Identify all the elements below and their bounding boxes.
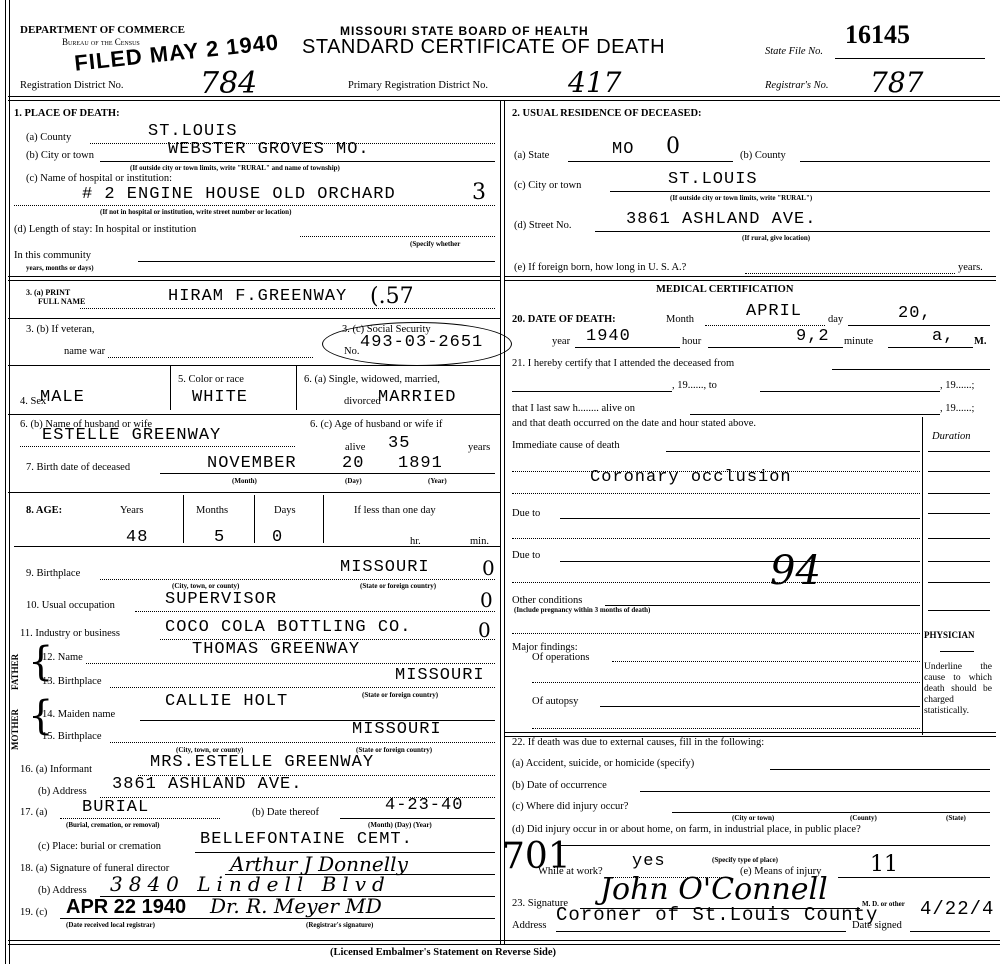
rule — [910, 931, 990, 932]
year-label: year — [552, 336, 570, 347]
rule — [60, 818, 220, 819]
foreign-born-suffix: years. — [958, 262, 983, 273]
registrar-signature-note: (Registrar's signature) — [306, 921, 373, 929]
rule — [512, 538, 920, 539]
residence-street-label: (d) Street No. — [514, 220, 571, 231]
state-file-number: 16145 — [845, 20, 910, 50]
month-note: (Month) — [232, 477, 257, 485]
received-note: (Date received local registrar) — [66, 921, 155, 929]
rule — [512, 391, 672, 392]
due-to-label-2: Due to — [512, 550, 540, 561]
external-c-label: (c) Where did injury occur? — [512, 801, 628, 812]
address-value: 3861 ASHLAND AVE. — [112, 775, 302, 794]
section-rule — [8, 276, 500, 281]
rule — [928, 582, 990, 583]
residence-street-note: (If rural, give location) — [742, 234, 810, 242]
rule — [928, 451, 990, 452]
father-name-value: THOMAS GREENWAY — [192, 640, 360, 659]
rule — [108, 357, 313, 358]
months-label: Months — [196, 505, 228, 516]
nineteen-label: , 19......; — [940, 380, 974, 391]
rule — [138, 261, 495, 262]
disposition-note: (Burial, cremation, or removal) — [66, 821, 160, 829]
state-file-label: State File No. — [765, 46, 823, 57]
rule — [612, 661, 920, 662]
divider — [170, 365, 171, 410]
spouse-age-value: 35 — [388, 434, 410, 453]
mother-side-label: MOTHER — [10, 709, 20, 750]
rule — [705, 325, 825, 326]
age-days-value: 0 — [272, 528, 283, 547]
rule — [940, 651, 974, 652]
rule — [60, 918, 495, 919]
rule — [928, 493, 990, 494]
rule — [770, 769, 990, 770]
age-years-value: 48 — [126, 528, 148, 547]
registration-district-number: 784 — [200, 66, 257, 101]
due-to-label-1: Due to — [512, 508, 540, 519]
name-label-1: 3. (a) PRINT — [26, 288, 70, 297]
director-address-value: 3840 Lindell Blvd — [110, 872, 391, 896]
rule — [140, 720, 495, 721]
residence-state-mark: 0 — [666, 134, 680, 159]
residence-state-label: (a) State — [514, 150, 549, 161]
spouse-age-suffix: years — [468, 442, 490, 453]
duration-label: Duration — [932, 431, 971, 442]
birthplace-label: 9. Birthplace — [26, 568, 80, 579]
year-note: (Year) — [428, 477, 447, 485]
external-heading: 22. If death was due to external causes,… — [512, 737, 764, 748]
external-a-label: (a) Accident, suicide, or homicide (spec… — [512, 758, 694, 769]
director-address-label: (b) Address — [38, 885, 87, 896]
hospital-label: (c) Name of hospital or institution: — [26, 173, 172, 184]
rule — [512, 582, 920, 583]
rule — [512, 493, 920, 494]
rule — [690, 414, 940, 415]
last-saw-label: that I last saw h........ alive on — [512, 403, 635, 414]
hospital-note: (If not in hospital or institution, writ… — [100, 208, 291, 216]
industry-label: 11. Industry or business — [20, 628, 120, 639]
coroner-address-value: Coroner of St.Louis County — [556, 904, 878, 926]
residence-city-value: ST.LOUIS — [668, 170, 758, 189]
foreign-born-label: (e) If foreign born, how long in U. S. A… — [514, 262, 686, 273]
burial-place-value: BELLEFONTAINE CEMT. — [200, 830, 413, 849]
city-value: WEBSTER GROVES MO. — [168, 140, 370, 159]
city-label: (b) City or town — [26, 150, 94, 161]
residence-state-value: MO — [612, 140, 634, 159]
birth-year-value: 1891 — [398, 454, 443, 473]
father-side-label: FATHER — [10, 654, 20, 690]
divider — [254, 495, 255, 543]
state-country-note: (State or foreign country) — [362, 691, 438, 699]
city-note: (If outside city or town limits, write "… — [130, 164, 340, 172]
rule — [672, 812, 990, 813]
month-label: Month — [666, 314, 694, 325]
disposition-label: 17. (a) — [20, 807, 47, 818]
birth-month-value: NOVEMBER — [207, 454, 297, 473]
hospital-mark: 3 — [472, 180, 486, 205]
residence-city-label: (c) City or town — [514, 180, 581, 191]
rule — [760, 391, 940, 392]
place-of-death-heading: 1. PLACE OF DEATH: — [14, 108, 120, 119]
address-label: (b) Address — [38, 786, 87, 797]
rule — [14, 546, 500, 547]
received-label: 19. (c) — [20, 907, 47, 918]
rule — [8, 318, 500, 319]
sex-value: MALE — [40, 388, 85, 407]
rule — [745, 273, 955, 274]
means-mark: 11 — [870, 852, 898, 877]
war-label: name war — [64, 346, 105, 357]
rule — [14, 205, 495, 206]
date-of-death-label: 20. DATE OF DEATH: — [512, 314, 616, 325]
nineteen-label-2: , 19......; — [940, 403, 974, 414]
other-conditions-note: (Include pregnancy within 3 months of de… — [514, 606, 650, 614]
age-label: 8. AGE: — [26, 505, 62, 516]
left-border — [5, 0, 10, 964]
veteran-label: 3. (b) If veteran, — [26, 324, 95, 335]
c-state-note: (State) — [946, 814, 966, 822]
address-label-right: Address — [512, 920, 546, 931]
section-rule — [504, 276, 996, 281]
age-months-value: 5 — [214, 528, 225, 547]
father-birthplace-value: MISSOURI — [395, 666, 485, 685]
date-thereof-label: (b) Date thereof — [252, 807, 319, 818]
rule — [928, 471, 990, 472]
minute-label: minute — [844, 336, 873, 347]
c-city-note: (City or town) — [732, 814, 774, 822]
residence-county-label: (b) County — [740, 150, 786, 161]
rule — [8, 414, 500, 415]
rule — [605, 605, 920, 606]
occupation-value: SUPERVISOR — [165, 590, 277, 609]
days-label: Days — [274, 505, 296, 516]
rule — [100, 579, 495, 580]
registration-district-label: Registration District No. — [20, 80, 124, 91]
registrar-number: 787 — [870, 66, 923, 99]
father-name-label: 12. Name — [42, 652, 83, 663]
certify-label: 21. I hereby certify that I attended the… — [512, 358, 734, 369]
external-d-label: (d) Did injury occur in or about home, o… — [512, 824, 861, 835]
spouse-value: ESTELLE GREENWAY — [42, 426, 221, 445]
death-minute-value: a, — [932, 327, 954, 346]
rule — [708, 347, 843, 348]
residence-street-value: 3861 ASHLAND AVE. — [626, 210, 816, 229]
date-signed-value: 4/22/4 — [920, 898, 994, 920]
rule — [80, 308, 495, 309]
burial-place-label: (c) Place: burial or cremation — [38, 841, 161, 852]
primary-district-label: Primary Registration District No. — [348, 80, 488, 91]
color-value: WHITE — [192, 388, 248, 407]
ss-circle-mark — [322, 322, 512, 366]
county-label: (a) County — [26, 132, 71, 143]
rule — [848, 325, 990, 326]
rule — [110, 687, 495, 688]
name-mark: (.57 — [370, 284, 414, 309]
rule — [888, 347, 973, 348]
father-birthplace-label: 13. Birthplace — [42, 676, 101, 687]
while-at-work-value: yes — [632, 852, 666, 871]
spouse-age-alive: alive — [345, 442, 365, 453]
city-town-note: (City, town, or county) — [172, 582, 239, 590]
rule — [928, 561, 990, 562]
rule — [556, 931, 846, 932]
state-file-line — [835, 58, 985, 59]
divider — [296, 365, 297, 410]
occurred-label: and that death occurred on the date and … — [512, 418, 756, 429]
check-mark: 0 — [480, 588, 493, 612]
rule — [575, 347, 680, 348]
color-label: 5. Color or race — [178, 374, 244, 385]
marital-label-1: 6. (a) Single, widowed, married, — [304, 374, 440, 385]
rule — [300, 236, 495, 237]
department-label: DEPARTMENT OF COMMERCE — [20, 24, 185, 36]
medical-heading: MEDICAL CERTIFICATION — [656, 284, 793, 295]
state-country-note: (State or foreign country) — [360, 582, 436, 590]
operations-label: Of operations — [532, 652, 589, 663]
occupation-label: 10. Usual occupation — [26, 600, 115, 611]
hospital-value: # 2 ENGINE HOUSE OLD ORCHARD — [82, 185, 396, 204]
date-thereof-value: 4-23-40 — [385, 796, 463, 815]
death-year-value: 1940 — [586, 327, 631, 346]
while-at-work-label: While at work? — [538, 866, 603, 877]
rule — [610, 191, 990, 192]
mother-birthplace-value: MISSOURI — [352, 720, 442, 739]
rule — [568, 161, 733, 162]
mother-name-value: CALLIE HOLT — [165, 692, 288, 711]
community-note: years, months or days) — [26, 264, 94, 272]
duration-column-divider — [922, 417, 923, 735]
divider — [323, 495, 324, 543]
specify-type-note: (Specify type of place) — [712, 856, 778, 864]
disposition-value: BURIAL — [82, 798, 149, 817]
rule — [640, 791, 990, 792]
marital-value: MARRIED — [378, 388, 456, 407]
mdy-note: (Month) (Day) (Year) — [368, 821, 432, 829]
rule — [532, 682, 920, 683]
external-b-label: (b) Date of occurrence — [512, 780, 607, 791]
rule — [928, 538, 990, 539]
rule — [86, 663, 495, 664]
rule — [20, 446, 295, 447]
industry-value: COCO COLA BOTTLING CO. — [165, 618, 411, 637]
birthplace-value: MISSOURI — [340, 558, 430, 577]
primary-district-number: 417 — [568, 66, 621, 99]
rule — [8, 365, 500, 366]
residence-heading: 2. USUAL RESIDENCE OF DECEASED: — [512, 108, 702, 119]
coroner-signature: John O'Connell — [600, 872, 828, 907]
rule — [800, 161, 990, 162]
rule — [928, 513, 990, 514]
rule — [560, 561, 920, 562]
date-signed-label: Date signed — [852, 920, 902, 931]
immediate-cause-value: Coronary occlusion — [590, 468, 792, 487]
center-divider — [500, 100, 505, 945]
m-label: M. — [974, 336, 987, 347]
rule — [135, 611, 495, 612]
registrar-signature: Dr. R. Meyer MD — [210, 894, 382, 918]
rule — [838, 877, 990, 878]
footer-note: (Licensed Embalmer's Statement on Revers… — [330, 947, 556, 958]
immediate-cause-label: Immediate cause of death — [512, 440, 620, 451]
physician-note: Underline the cause to which death shoul… — [924, 662, 992, 717]
spouse-age-label: 6. (c) Age of husband or wife if — [310, 419, 442, 430]
rule — [110, 742, 495, 743]
stay-label: (d) Length of stay: In hospital or insti… — [14, 224, 196, 235]
informant-label: 16. (a) Informant — [20, 764, 92, 775]
hour-label: hour — [682, 336, 701, 347]
examiner-initials: 94 — [770, 548, 821, 594]
certificate-title: STANDARD CERTIFICATE OF DEATH — [302, 36, 665, 59]
mother-name-label: 14. Maiden name — [42, 709, 115, 720]
rule — [100, 161, 495, 162]
rule — [666, 451, 920, 452]
name-label-2: FULL NAME — [38, 297, 85, 306]
other-conditions-label: Other conditions — [512, 595, 582, 606]
rule — [340, 818, 495, 819]
years-label: Years — [120, 505, 143, 516]
informant-value: MRS.ESTELLE GREENWAY — [150, 753, 374, 772]
rule — [928, 610, 990, 611]
autopsy-label: Of autopsy — [532, 696, 578, 707]
rule — [600, 706, 920, 707]
day-note: (Day) — [345, 477, 362, 485]
nineteen-to-label: , 19......, to — [672, 380, 717, 391]
full-name-value: HIRAM F.GREENWAY — [168, 287, 347, 306]
received-date-stamp: APR 22 1940 — [66, 896, 186, 919]
rule — [512, 633, 920, 634]
rule — [8, 492, 500, 493]
residence-city-note: (If outside city or town limits, write "… — [670, 194, 812, 202]
registrar-label: Registrar's No. — [765, 80, 829, 91]
less-than-day-label: If less than one day — [354, 505, 436, 516]
mother-birthplace-label: 15. Birthplace — [42, 731, 101, 742]
footer-rule — [8, 940, 1000, 945]
rule — [532, 728, 920, 729]
marital-label-2: divorced — [344, 396, 381, 407]
rule — [560, 845, 990, 846]
rule — [560, 518, 920, 519]
stay-note: (Specify whether — [410, 240, 460, 248]
divider — [183, 495, 184, 543]
rule — [832, 369, 990, 370]
birth-day-value: 20 — [342, 454, 364, 473]
physician-label: PHYSICIAN — [924, 630, 975, 640]
check-mark: 0 — [482, 556, 495, 580]
c-county-note: (County) — [850, 814, 877, 822]
county-value: ST.LOUIS — [148, 122, 238, 141]
day-label: day — [828, 314, 843, 325]
rule — [595, 231, 990, 232]
death-hour-value: 9,2 — [796, 327, 830, 346]
rule — [160, 473, 495, 474]
community-label: In this community — [14, 250, 91, 261]
death-day-value: 20, — [898, 304, 932, 323]
death-month-value: APRIL — [746, 302, 802, 321]
birth-date-label: 7. Birth date of deceased — [26, 462, 130, 473]
